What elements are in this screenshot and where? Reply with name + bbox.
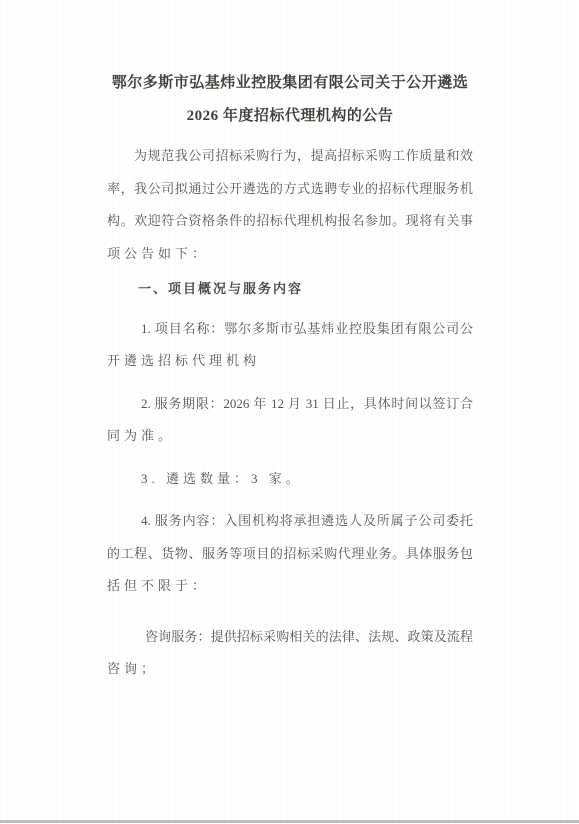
text-line: 为规范我公司招标采购行为，提高招标采购工作质量和效 [107,140,473,173]
document-title-line-2: 2026 年度招标代理机构的公告 [107,100,473,133]
intro-paragraph: 为规范我公司招标采购行为，提高招标采购工作质量和效 率，我公司拟通过公开遴选的方… [107,140,473,270]
text-line: 构。欢迎符合资格条件的招标代理机构报名参加。现将有关事 [107,205,473,238]
document-content: 鄂尔多斯市弘基炜业控股集团有限公司关于公开遴选 2026 年度招标代理机构的公告… [107,0,473,686]
text-line: 率，我公司拟通过公开遴选的方式选聘专业的招标代理服务机 [107,173,473,206]
text-line: 3. 遴选数量：3 家。 [107,463,473,496]
text-line: 4. 服务内容：入围机构将承担遴选人及所属子公司委托 [107,505,473,538]
text-line: 一、项目概况与服务内容 [107,273,473,306]
text-line: 开遴选招标代理机构 [107,345,473,378]
text-line: 咨询； [107,653,473,686]
document-page: 鄂尔多斯市弘基炜业控股集团有限公司关于公开遴选 2026 年度招标代理机构的公告… [0,0,579,824]
text-line: 的工程、货物、服务等项目的招标采购代理业务。具体服务包 [107,538,473,571]
item-2-service-period: 2. 服务期限：2026 年 12 月 31 日止，具体时间以签订合 同为准。 [107,388,473,453]
text-line: 项公告如下： [107,238,473,271]
item-1-project-name: 1. 项目名称：鄂尔多斯市弘基炜业控股集团有限公司公 开遴选招标代理机构 [107,313,473,378]
text-line: 同为准。 [107,420,473,453]
document-title: 鄂尔多斯市弘基炜业控股集团有限公司关于公开遴选 2026 年度招标代理机构的公告 [107,67,473,133]
text-line: 1. 项目名称：鄂尔多斯市弘基炜业控股集团有限公司公 [107,313,473,346]
text-line: 2. 服务期限：2026 年 12 月 31 日止，具体时间以签订合 [107,388,473,421]
consulting-service-paragraph: 咨询服务：提供招标采购相关的法律、法规、政策及流程 咨询； [107,621,473,686]
text-line: 咨询服务：提供招标采购相关的法律、法规、政策及流程 [107,621,473,654]
item-3-selection-count: 3. 遴选数量：3 家。 [107,463,473,496]
text-line: 括但不限于： [107,570,473,603]
item-4-service-content: 4. 服务内容：入围机构将承担遴选人及所属子公司委托 的工程、货物、服务等项目的… [107,505,473,603]
section-1-heading: 一、项目概况与服务内容 [107,273,473,306]
page-bottom-edge [0,820,579,823]
document-title-line-1: 鄂尔多斯市弘基炜业控股集团有限公司关于公开遴选 [107,67,473,100]
